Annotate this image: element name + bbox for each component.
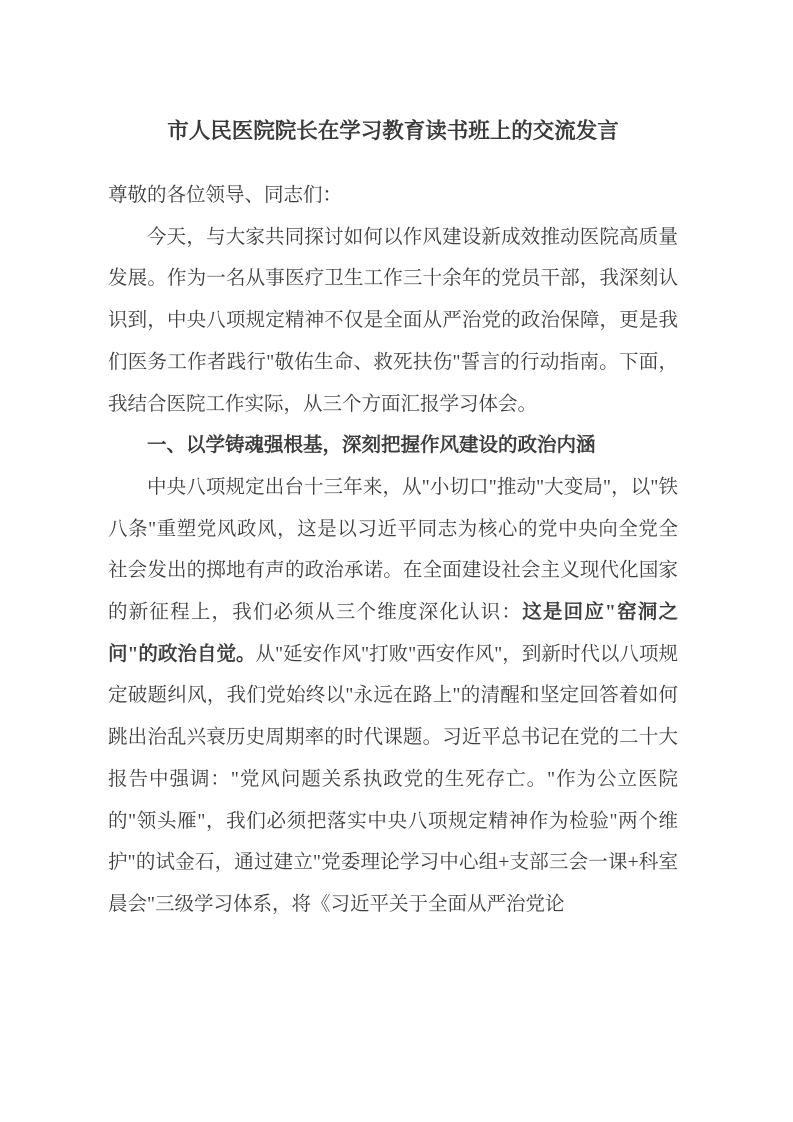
intro-paragraph: 今天，与大家共同探讨如何以作风建设新成效推动医院高质量发展。作为一名从事医疗卫生…: [108, 217, 678, 426]
section-1-paragraph: 中央八项规定出台十三年来，从"小切口"推动"大变局"，以"铁八条"重塑党风政风，…: [108, 467, 678, 926]
section-1-heading: 一、以学铸魂强根基，深刻把握作风建设的政治内涵: [108, 425, 678, 467]
document-page: 市人民医院院长在学习教育读书班上的交流发言 尊敬的各位领导、同志们： 今天，与大…: [0, 0, 793, 1122]
document-title: 市人民医院院长在学习教育读书班上的交流发言: [108, 114, 678, 148]
section-1-text-rest: 从"延安作风"打败"西安作风"，到新时代以八项规定破题纠风，我们党始终以"永远在…: [108, 644, 678, 915]
document-content: 市人民医院院长在学习教育读书班上的交流发言 尊敬的各位领导、同志们： 今天，与大…: [108, 0, 678, 926]
salutation: 尊敬的各位领导、同志们：: [108, 175, 678, 217]
